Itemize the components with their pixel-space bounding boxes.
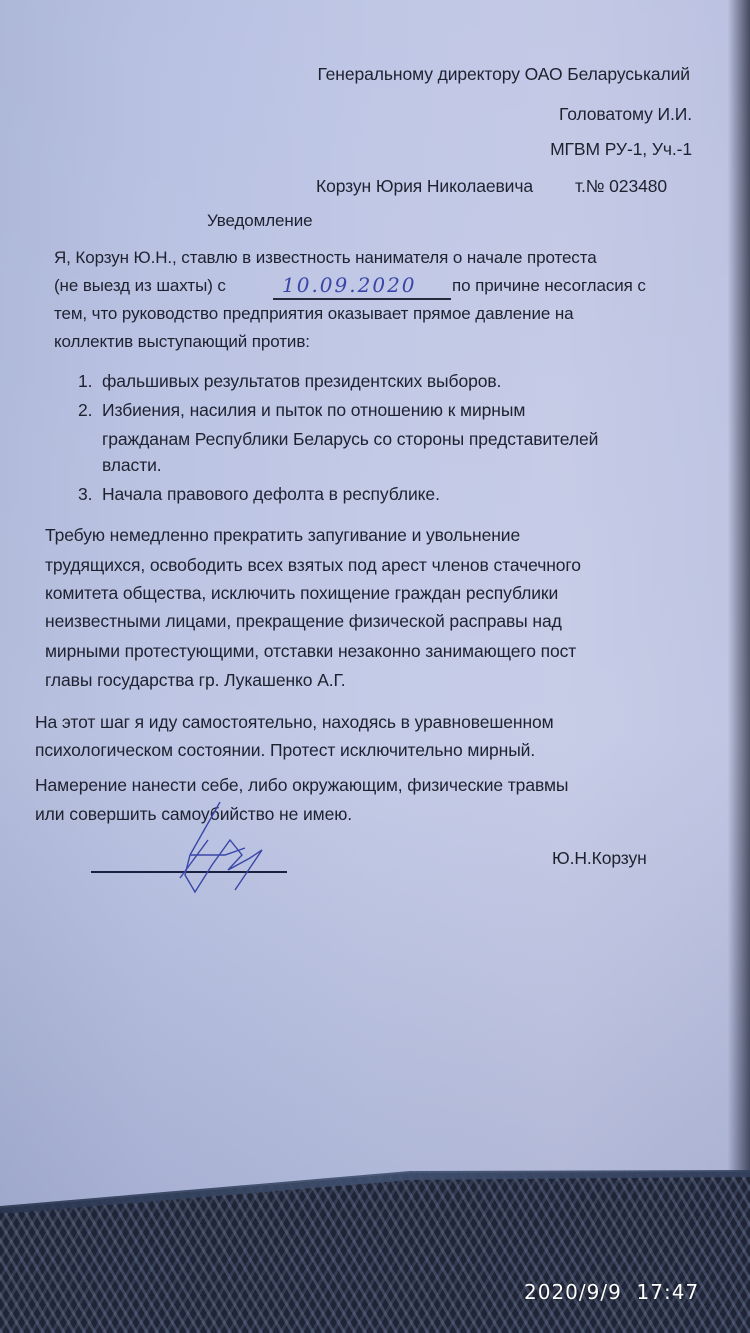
header-sender-name: Корзун Юрия Николаевича bbox=[316, 176, 533, 197]
signature-name: Ю.Н.Корзун bbox=[552, 848, 647, 869]
header-addressee-line: Генеральному директору ОАО Беларуськалий bbox=[317, 64, 690, 85]
list-item-text: фальшивых результатов президентских выбо… bbox=[102, 371, 501, 391]
handwritten-signature bbox=[150, 800, 280, 910]
list-number: 2. bbox=[78, 400, 102, 421]
demands-line: комитета общества, исключить похищение г… bbox=[45, 583, 558, 604]
demands-line: Требую немедленно прекратить запугивание… bbox=[45, 525, 520, 546]
document-title: Уведомление bbox=[207, 211, 312, 231]
intro-line: по причине несогласия с bbox=[452, 276, 646, 296]
list-item-text: Начала правового дефолта в республике. bbox=[102, 484, 440, 504]
header-director-name: Головатому И.И. bbox=[559, 104, 692, 125]
intro-line: (не выезд из шахты) с bbox=[54, 276, 226, 296]
list-item-text: Избиения, насилия и пыток по отношению к… bbox=[102, 400, 525, 420]
handwritten-date: 10.09.2020 bbox=[282, 273, 417, 297]
list-number: 3. bbox=[78, 484, 102, 505]
demands-line: главы государства гр. Лукашенко А.Г. bbox=[45, 670, 346, 691]
demands-line: мирными протестующими, отставки незаконн… bbox=[45, 641, 576, 662]
list-number: 1. bbox=[78, 371, 102, 392]
header-tab-number: т.№ 023480 bbox=[575, 176, 667, 197]
list-item: 2.Избиения, насилия и пыток по отношению… bbox=[78, 400, 525, 421]
demands-line: неизвестными лицами, прекращение физичес… bbox=[45, 611, 562, 632]
list-item: 3.Начала правового дефолта в республике. bbox=[78, 484, 440, 505]
date-blank-line bbox=[273, 298, 451, 300]
list-item-continuation: гражданам Республики Беларусь со стороны… bbox=[102, 429, 598, 450]
statement-line: Намерение нанести себе, либо окружающим,… bbox=[35, 775, 568, 796]
intro-line: тем, что руководство предприятия оказыва… bbox=[54, 304, 573, 324]
demands-line: трудящихся, освободить всех взятых под а… bbox=[45, 555, 581, 576]
intro-line: коллектив выступающий против: bbox=[54, 332, 310, 352]
list-item-continuation: власти. bbox=[102, 455, 162, 476]
paper-document bbox=[0, 0, 750, 1333]
statement-line: психологическом состоянии. Протест исклю… bbox=[35, 740, 535, 761]
statement-line: На этот шаг я иду самостоятельно, находя… bbox=[35, 712, 554, 733]
list-item: 1.фальшивых результатов президентских вы… bbox=[78, 371, 501, 392]
intro-line: Я, Корзун Ю.Н., ставлю в известность нан… bbox=[54, 248, 597, 268]
header-department: МГВМ РУ-1, Уч.-1 bbox=[550, 139, 692, 160]
photo-timestamp: 2020/9/9 17:47 bbox=[524, 1280, 699, 1304]
